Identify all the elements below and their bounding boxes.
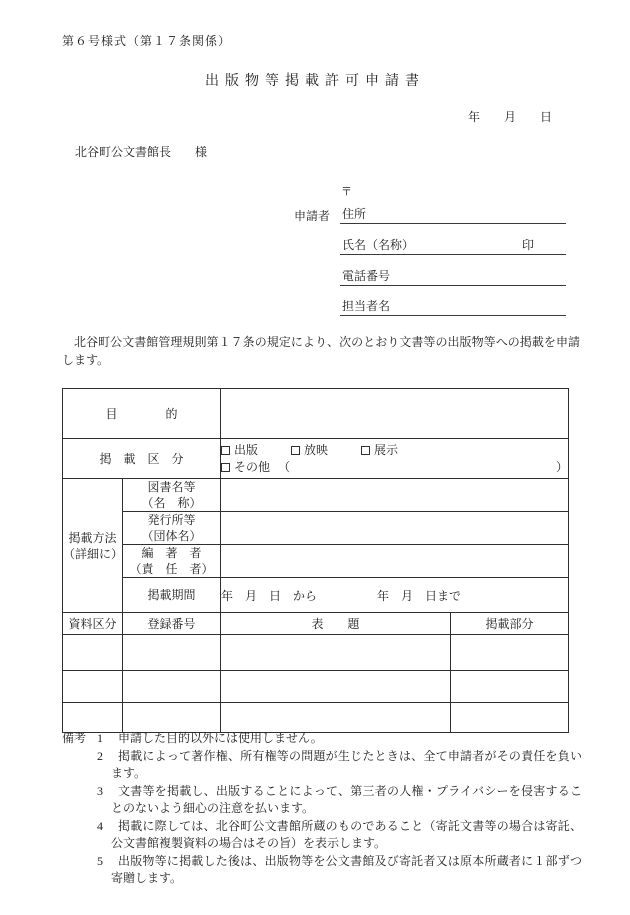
purpose-row: 目 的	[63, 389, 569, 439]
postal-mark-icon: 〒	[341, 183, 352, 199]
table-empty-cell[interactable]	[123, 671, 221, 703]
table-row	[63, 703, 569, 733]
checkbox-icon[interactable]	[221, 446, 230, 455]
phone-field[interactable]: 電話番号	[340, 265, 566, 286]
checkbox-icon[interactable]	[361, 446, 370, 455]
column-header-title: 表 題	[221, 613, 451, 635]
period-value-cell[interactable]: 年 月 日 から 年 月 日まで	[221, 578, 569, 613]
book-name-label: 図書名等 （名 称）	[123, 479, 221, 512]
table-empty-cell[interactable]	[221, 703, 451, 733]
author-label: 編 著 者 （責 任 者）	[123, 545, 221, 578]
address-field[interactable]: 住所	[340, 203, 566, 224]
date-line: 年 月 日	[468, 108, 552, 125]
name-label: 氏名（名称）	[342, 236, 414, 253]
phone-label: 電話番号	[342, 267, 390, 284]
application-form-page: 第６号様式（第１７条関係） 出版物等掲載許可申請書 年 月 日 北谷町公文書館長…	[0, 0, 630, 915]
category-options-line2: その他 （ ）	[221, 459, 568, 476]
remarks-item-text: 掲載によって著作権、所有権等の問題が生じたときは、全て申請者がその責任を負います…	[111, 749, 582, 781]
remarks-item-number: 2	[97, 748, 103, 766]
contact-person-label: 担当者名	[342, 297, 390, 314]
table-empty-cell[interactable]	[123, 635, 221, 671]
table-empty-cell[interactable]	[63, 635, 123, 671]
table-empty-cell[interactable]	[221, 671, 451, 703]
purpose-label: 目 的	[63, 389, 221, 439]
remarks-item-4: 4 掲載に際しては、北谷町公文書館所蔵のものであること（寄託文書等の場合は寄託、…	[111, 818, 582, 853]
category-option-label: 展示	[374, 442, 398, 459]
category-row: 掲 載 区 分 出版 放映 展示	[63, 439, 569, 479]
category-option-publish[interactable]: 出版	[221, 442, 258, 459]
author-input-cell[interactable]	[221, 545, 569, 578]
remarks-item-1: 1 申請した目的以外には使用しません。	[111, 730, 582, 748]
table-empty-cell[interactable]	[123, 703, 221, 733]
name-field[interactable]: 氏名（名称） 印	[340, 234, 566, 255]
remarks-item-text: 掲載に際しては、北谷町公文書館所蔵のものであること（寄託文書等の場合は寄託、公文…	[111, 819, 582, 851]
category-options-cell: 出版 放映 展示 その他 （	[221, 439, 569, 479]
method-label: 掲載方法 （詳細に）	[63, 479, 123, 613]
category-option-broadcast[interactable]: 放映	[291, 442, 328, 459]
table-row	[63, 671, 569, 703]
remarks-item-text: 申請した目的以外には使用しません。	[118, 731, 323, 745]
remarks-item-number: 3	[97, 783, 103, 801]
remarks-label: 備考	[62, 730, 86, 748]
publisher-row: 発行所等 （団体名）	[63, 512, 569, 545]
paren-open: （	[278, 459, 290, 476]
table-empty-cell[interactable]	[63, 703, 123, 733]
publisher-label: 発行所等 （団体名）	[123, 512, 221, 545]
book-name-input-cell[interactable]	[221, 479, 569, 512]
body-paragraph: 北谷町公文書館管理規則第１７条の規定により、次のとおり文書等の出版物等への掲載を…	[62, 333, 580, 369]
remarks-item-text: 文書等を掲載し、出版することによって、第三者の人権・プライバシーを侵害することの…	[111, 784, 582, 816]
category-option-label: 放映	[304, 442, 328, 459]
table-row	[63, 635, 569, 671]
applicant-label: 申請者	[294, 207, 330, 224]
remarks-item-text: 出版物等に掲載した後は、出版物等を公文書館及び寄託者又は原本所蔵者に１部ずつ寄贈…	[111, 854, 582, 886]
form-number: 第６号様式（第１７条関係）	[62, 32, 231, 49]
book-name-row: 掲載方法 （詳細に） 図書名等 （名 称）	[63, 479, 569, 512]
remarks-item-number: 4	[97, 818, 103, 836]
publisher-input-cell[interactable]	[221, 512, 569, 545]
category-option-label: 出版	[234, 442, 258, 459]
category-option-label: その他	[234, 459, 270, 476]
table-empty-cell[interactable]	[451, 703, 569, 733]
remarks-section: 備考 1 申請した目的以外には使用しません。 2 掲載によって著作権、所有権等の…	[62, 730, 582, 888]
addressee-line: 北谷町公文書館長 様	[75, 143, 207, 160]
table-empty-cell[interactable]	[451, 671, 569, 703]
category-label: 掲 載 区 分	[63, 439, 221, 479]
remarks-item-number: 1	[97, 730, 103, 748]
table-empty-cell[interactable]	[451, 635, 569, 671]
page-title: 出版物等掲載許可申請書	[0, 70, 630, 90]
remarks-item-2: 2 掲載によって著作権、所有権等の問題が生じたときは、全て申請者がその責任を負い…	[111, 748, 582, 783]
table-empty-cell[interactable]	[63, 671, 123, 703]
purpose-input-cell[interactable]	[221, 389, 569, 439]
author-row: 編 著 者 （責 任 者）	[63, 545, 569, 578]
contact-person-field[interactable]: 担当者名	[340, 295, 566, 316]
table-empty-cell[interactable]	[221, 635, 451, 671]
paren-close: ）	[556, 459, 568, 476]
column-header-material-type: 資料区分	[63, 613, 123, 635]
checkbox-icon[interactable]	[291, 446, 300, 455]
remarks-item-number: 5	[97, 853, 103, 871]
remarks-item-5: 5 出版物等に掲載した後は、出版物等を公文書館及び寄託者又は原本所蔵者に１部ずつ…	[111, 853, 582, 888]
category-option-other[interactable]: その他	[221, 459, 270, 476]
list-header-row: 資料区分 登録番号 表 題 掲載部分	[63, 613, 569, 635]
seal-label: 印	[522, 236, 534, 253]
remarks-item-3: 3 文書等を掲載し、出版することによって、第三者の人権・プライバシーを侵害するこ…	[111, 783, 582, 818]
checkbox-icon[interactable]	[221, 463, 230, 472]
application-table: 目 的 掲 載 区 分 出版 放映 展示	[62, 388, 569, 733]
column-header-published-part: 掲載部分	[451, 613, 569, 635]
address-label: 住所	[342, 205, 366, 222]
category-options-line1: 出版 放映 展示	[221, 442, 568, 459]
period-label: 掲載期間	[123, 578, 221, 613]
period-row: 掲載期間 年 月 日 から 年 月 日まで	[63, 578, 569, 613]
column-header-registration-number: 登録番号	[123, 613, 221, 635]
category-option-exhibit[interactable]: 展示	[361, 442, 398, 459]
